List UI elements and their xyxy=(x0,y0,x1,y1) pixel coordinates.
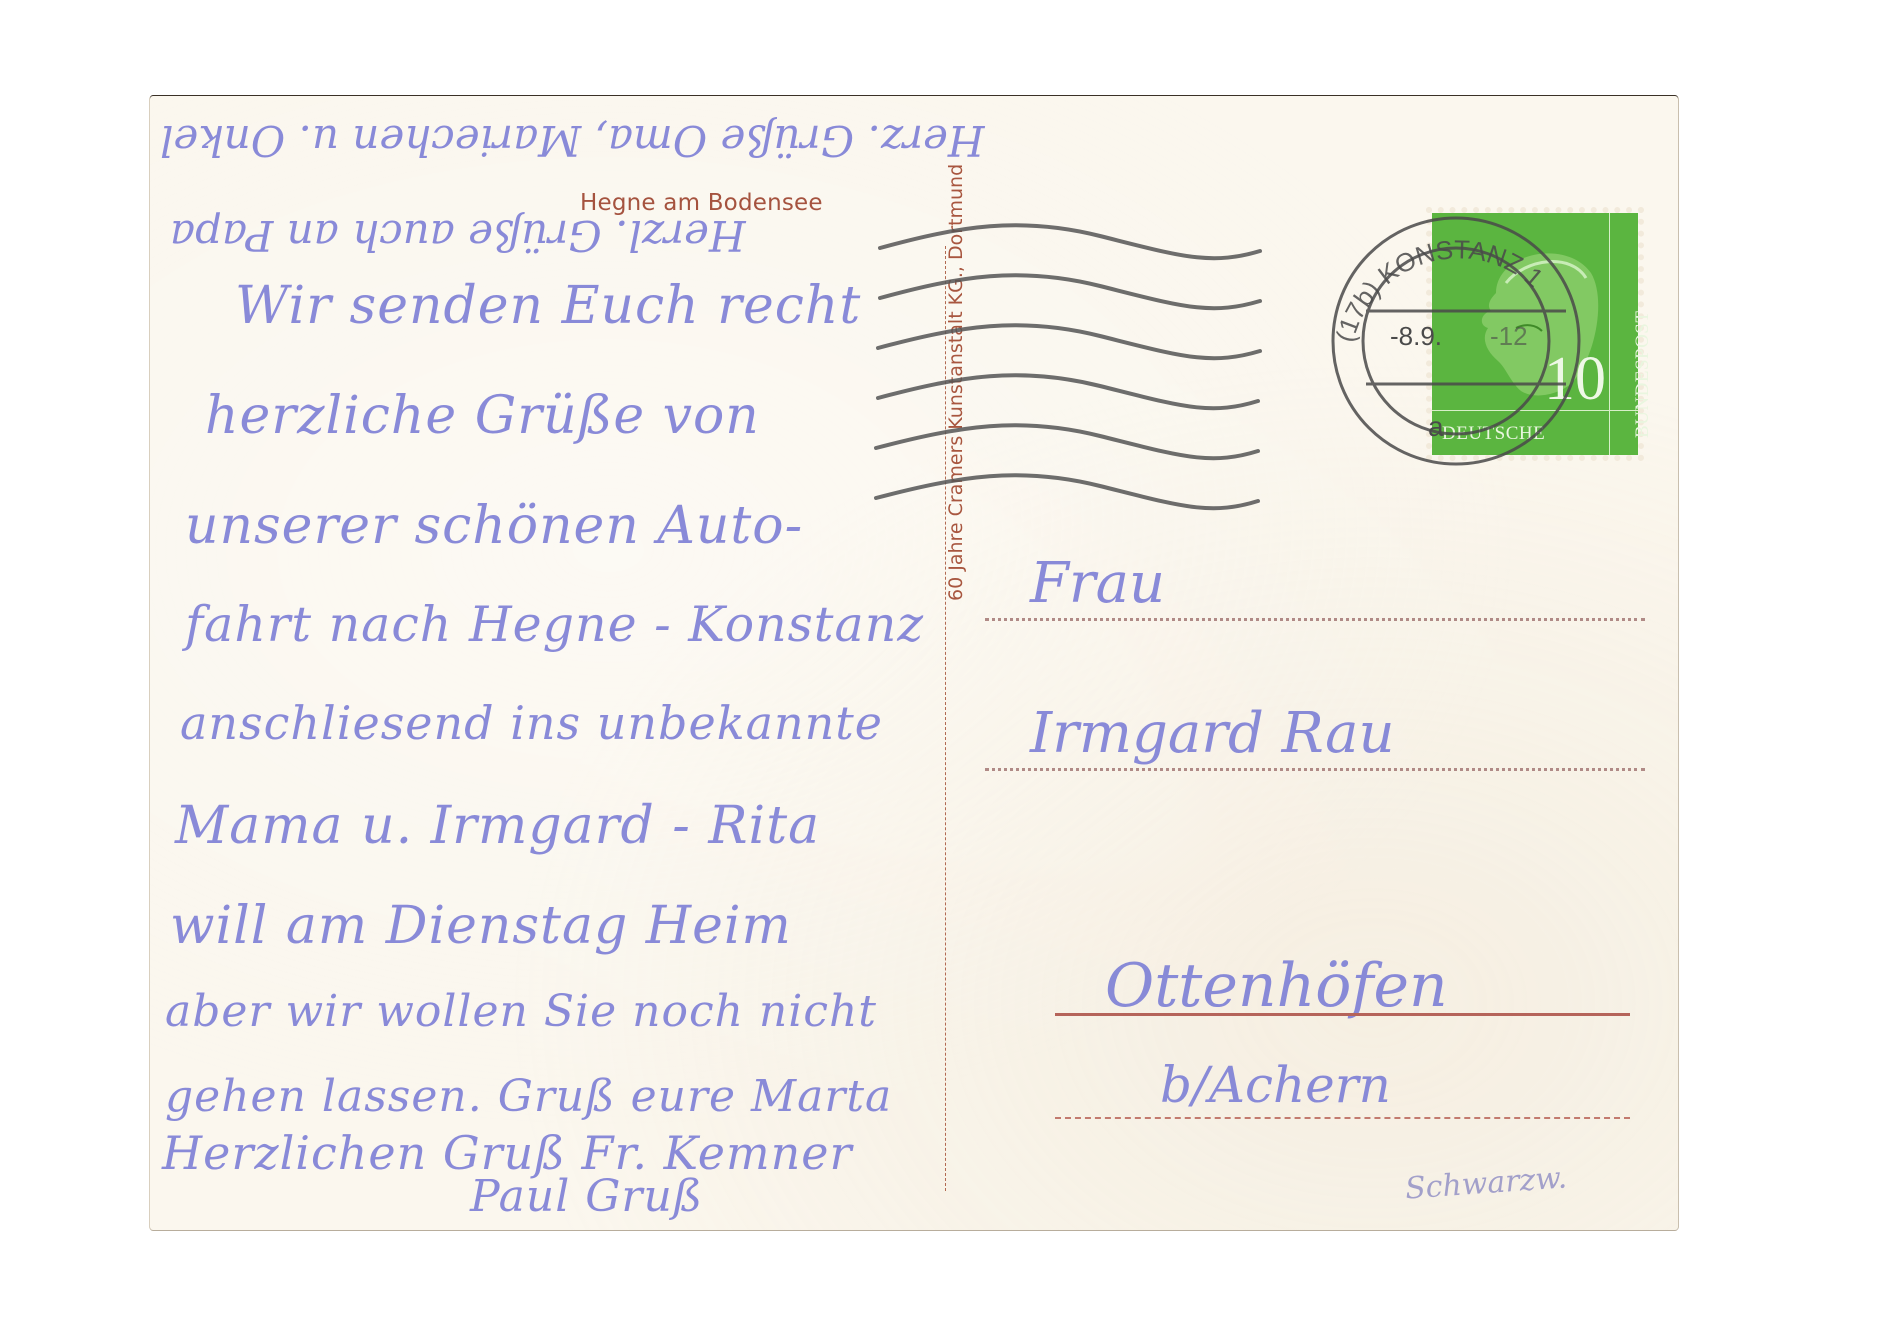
message-line: Wir senden Euch recht xyxy=(235,276,861,336)
address-district: b/Achern xyxy=(1160,1056,1391,1114)
message-line: fahrt nach Hegne - Konstanz xyxy=(185,596,924,653)
address-line xyxy=(985,768,1645,771)
postmark-date: -8.9. xyxy=(1390,321,1442,352)
message-line: anschliesend ins unbekannte xyxy=(180,696,883,750)
message-line: herzliche Grüße von xyxy=(205,386,760,446)
address-name: Irmgard Rau xyxy=(1030,701,1395,766)
message-line: Mama u. Irmgard - Rita xyxy=(175,796,820,856)
message-upside-down-line: Herz. Grüße Oma, Mariechen u. Onkel xyxy=(160,116,985,165)
address-note: Schwarzw. xyxy=(1404,1160,1568,1206)
address-line xyxy=(1055,1117,1630,1119)
message-upside-down-line: Herzl. Grüße auch an Papa xyxy=(170,211,746,260)
address-town: Ottenhöfen xyxy=(1105,951,1448,1021)
cancellation-wavy-lines xyxy=(870,206,1270,526)
postcard: Hegne am Bodensee 60 Jahre Cramers Kunst… xyxy=(150,96,1678,1230)
address-salutation: Frau xyxy=(1030,551,1165,616)
message-line: will am Dienstag Heim xyxy=(170,896,792,956)
postmark-circle: (17b) KONSTANZ 1 xyxy=(1326,216,1586,476)
stamp-bundespost-label: BUNDESPOST xyxy=(1632,311,1654,438)
stamp-frame-line xyxy=(1609,213,1611,455)
postmark-letter: a xyxy=(1428,411,1444,443)
message-line: unserer schönen Auto- xyxy=(185,496,803,556)
address-town-underline xyxy=(1055,1013,1630,1016)
message-line: Paul Gruß xyxy=(470,1171,703,1222)
postmark-time: -12 xyxy=(1490,321,1528,352)
address-line xyxy=(985,618,1645,621)
message-line: gehen lassen. Gruß eure Marta xyxy=(165,1071,892,1122)
message-line: aber wir wollen Sie noch nicht xyxy=(165,986,877,1037)
